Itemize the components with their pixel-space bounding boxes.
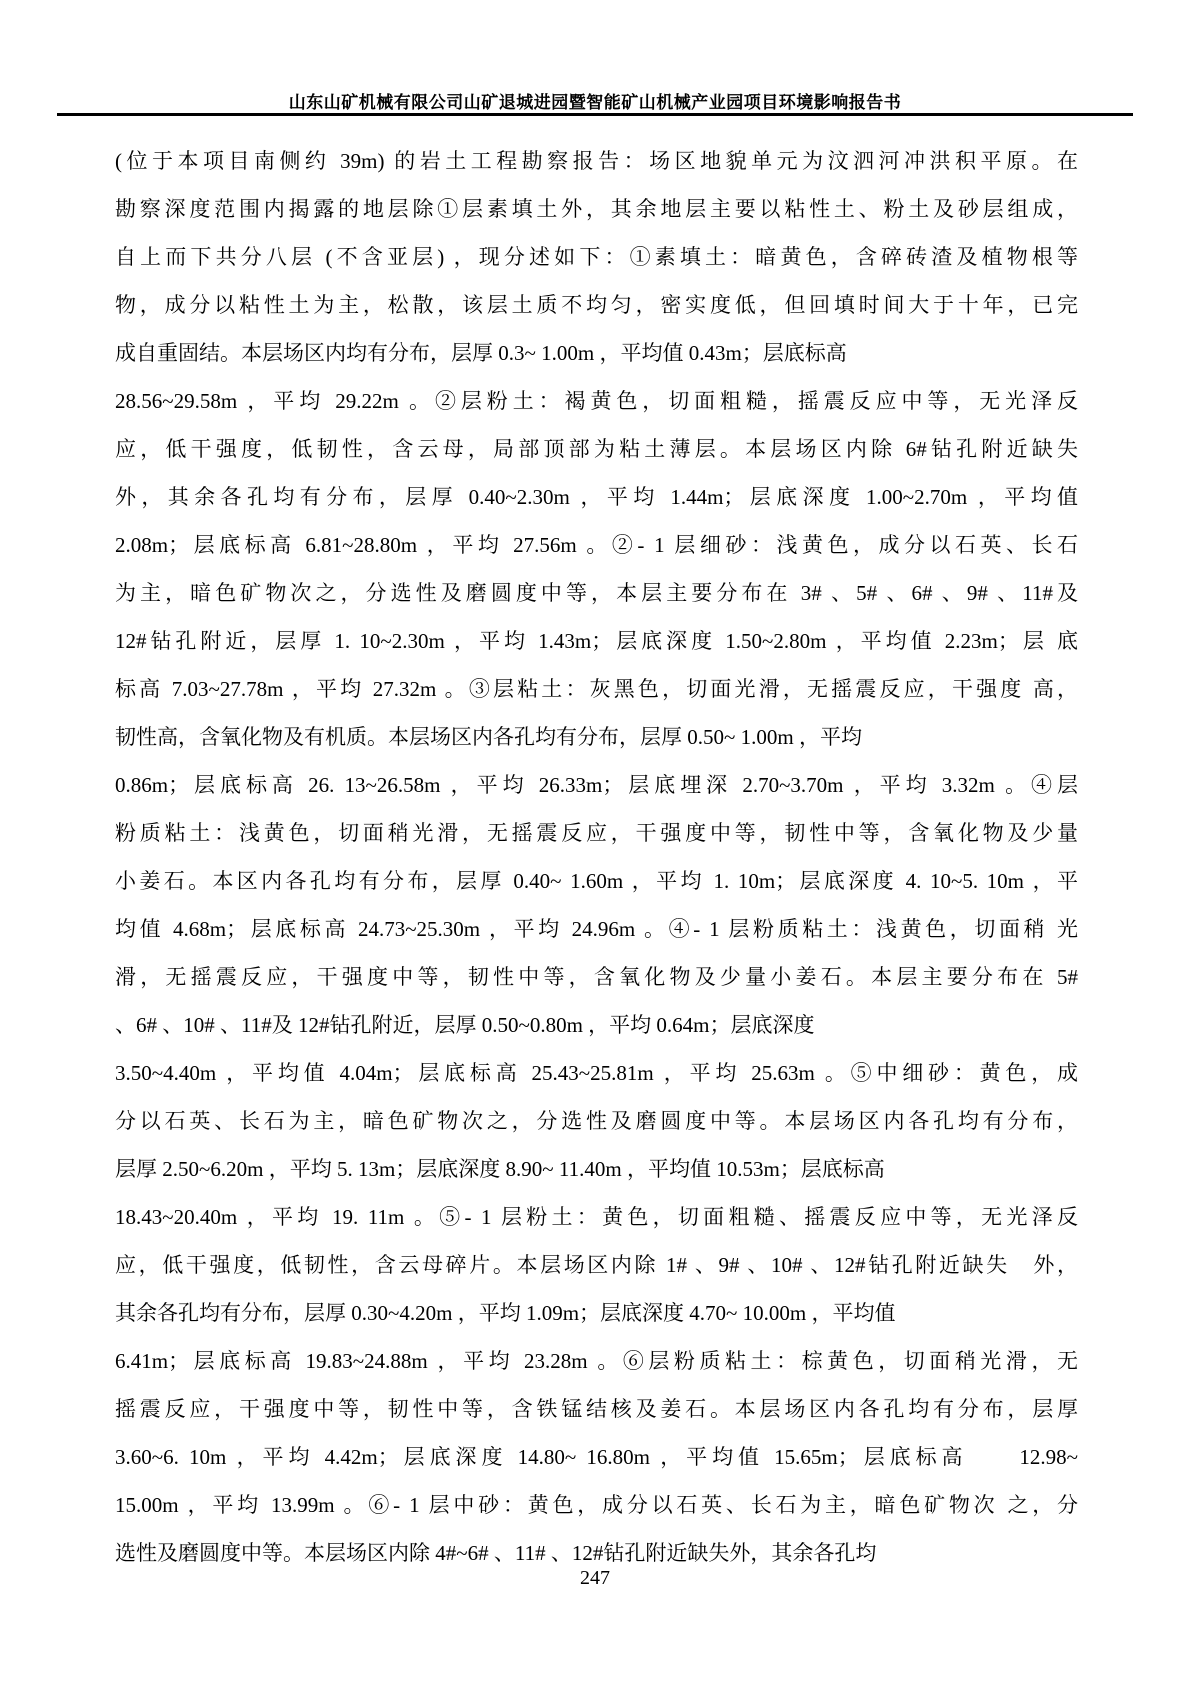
text-line: 分以石英、长石为主，暗色矿物次之，分选性及磨圆度中等。本层场区内各孔均有分布， [115,1097,1078,1145]
text-line: 其余各孔均有分布，层厚 0.30~4.20m ，平均 1.09m；层底深度 4.… [115,1289,1078,1337]
header-rule [57,113,1133,116]
page-number: 247 [0,1563,1190,1593]
text-line: 自上而下共分八层 (不含亚层) ，现分述如下：①素填土：暗黄色，含碎砖渣及植物根… [115,233,1078,281]
text-line: 、6# 、10# 、11#及 12#钻孔附近，层厚 0.50~0.80m ，平均… [115,1001,1078,1049]
text-line: 3.60~6. 10m ，平均 4.42m；层底深度 14.80~ 16.80m… [115,1433,1078,1481]
text-line: 标高 7.03~27.78m ，平均 27.32m 。③层粘土：灰黑色，切面光滑… [115,665,1078,713]
text-line: 3.50~4.40m ，平均值 4.04m；层底标高 25.43~25.81m … [115,1049,1078,1097]
text-line: 粉质粘土：浅黄色，切面稍光滑，无摇震反应，干强度中等，韧性中等，含氧化物及少量 [115,809,1078,857]
text-line: 成自重固结。本层场区内均有分布，层厚 0.3~ 1.00m ，平均值 0.43m… [115,329,1078,377]
document-page: 山东山矿机械有限公司山矿退城进园暨智能矿山机械产业园项目环境影响报告书 (位于本… [0,0,1190,1683]
text-line: 28.56~29.58m ，平均 29.22m 。②层粉土：褐黄色，切面粗糙，摇… [115,377,1078,425]
text-line: 摇震反应，干强度中等，韧性中等，含铁锰结核及姜石。本层场区内各孔均有分布，层厚 [115,1385,1078,1433]
text-line: 12#钻孔附近，层厚 1. 10~2.30m ，平均 1.43m；层底深度 1.… [115,617,1078,665]
header-title: 山东山矿机械有限公司山矿退城进园暨智能矿山机械产业园项目环境影响报告书 [0,88,1190,113]
text-line: 2.08m；层底标高 6.81~28.80m ，平均 27.56m 。②- 1 … [115,521,1078,569]
text-line: 均值 4.68m；层底标高 24.73~25.30m ，平均 24.96m 。④… [115,905,1078,953]
body-text: (位于本项目南侧约 39m) 的岩土工程勘察报告：场区地貌单元为汶泗河冲洪积平原… [115,137,1078,1577]
text-line: 0.86m；层底标高 26. 13~26.58m ，平均 26.33m；层底埋深… [115,761,1078,809]
text-line: 外，其余各孔均有分布，层厚 0.40~2.30m ，平均 1.44m；层底深度 … [115,473,1078,521]
text-line: 15.00m ，平均 13.99m 。⑥- 1 层中砂：黄色，成分以石英、长石为… [115,1481,1078,1529]
text-line: 为主，暗色矿物次之，分选性及磨圆度中等，本层主要分布在 3# 、5# 、6# 、… [115,569,1078,617]
text-line: 物，成分以粘性土为主，松散，该层土质不均匀，密实度低，但回填时间大于十年，已完 [115,281,1078,329]
text-line: 应，低干强度，低韧性，含云母，局部顶部为粘土薄层。本层场区内除 6#钻孔附近缺失 [115,425,1078,473]
text-line: 18.43~20.40m ，平均 19. 11m 。⑤- 1 层粉土：黄色，切面… [115,1193,1078,1241]
text-line: 滑，无摇震反应，干强度中等，韧性中等，含氧化物及少量小姜石。本层主要分布在 5# [115,953,1078,1001]
text-line: 层厚 2.50~6.20m ，平均 5. 13m；层底深度 8.90~ 11.4… [115,1145,1078,1193]
text-line: 韧性高，含氧化物及有机质。本层场区内各孔均有分布，层厚 0.50~ 1.00m … [115,713,1078,761]
text-line: (位于本项目南侧约 39m) 的岩土工程勘察报告：场区地貌单元为汶泗河冲洪积平原… [115,137,1078,185]
text-line: 小姜石。本区内各孔均有分布，层厚 0.40~ 1.60m ，平均 1. 10m；… [115,857,1078,905]
text-line: 应，低干强度，低韧性，含云母碎片。本层场区内除 1# 、9# 、10# 、12#… [115,1241,1078,1289]
text-line: 6.41m；层底标高 19.83~24.88m ，平均 23.28m 。⑥层粉质… [115,1337,1078,1385]
text-line: 勘察深度范围内揭露的地层除①层素填土外，其余地层主要以粘性土、粉土及砂层组成， [115,185,1078,233]
